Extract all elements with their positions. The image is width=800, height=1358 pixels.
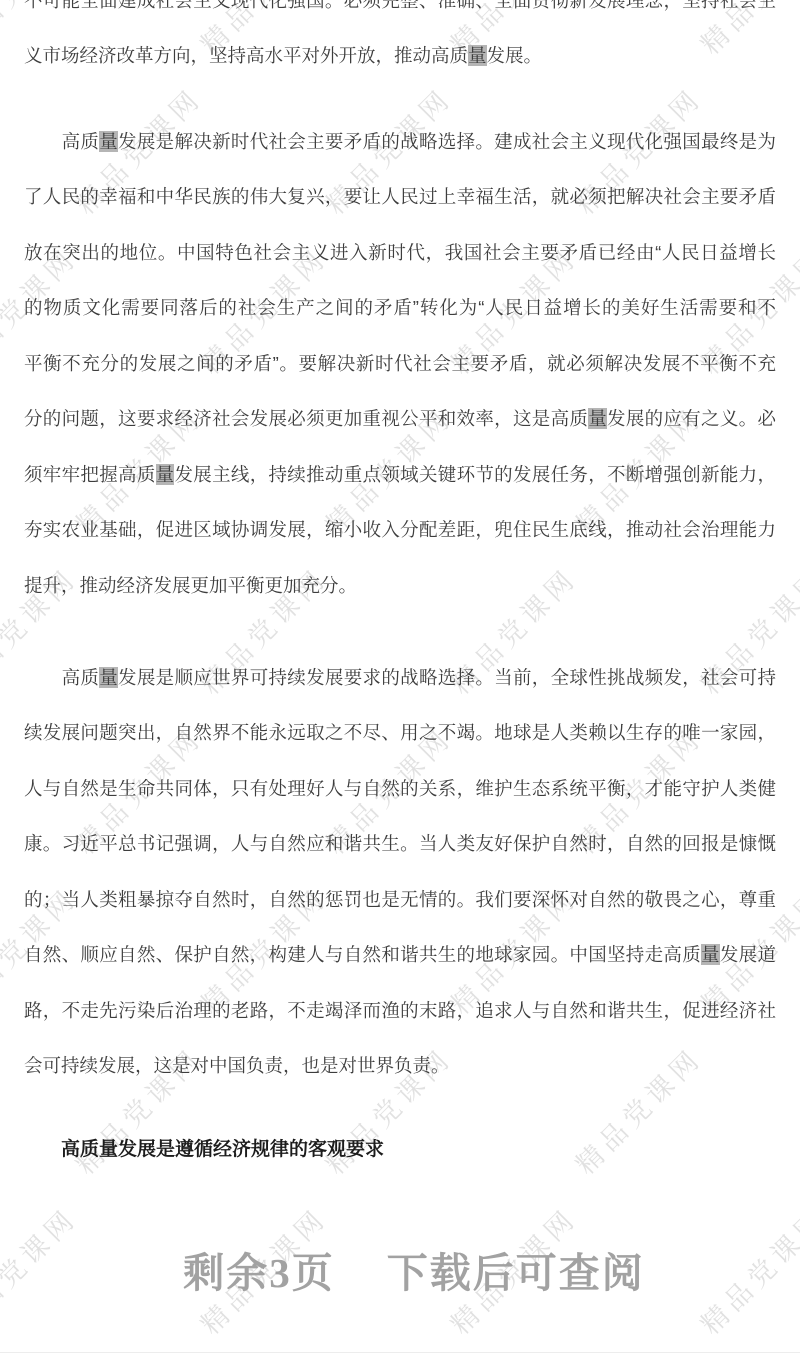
text-line: 提升，推动经济发展更加平衡更加充分。 [24, 558, 776, 614]
text-line: 路，不走先污染后治理的老路，不走竭泽而渔的末路，追求人与自然和谐共生，促进经济社 [24, 983, 776, 1039]
text-line: 须牢牢把握高质量发展主线，持续推动重点领域关键环节的发展任务，不断增强创新能力， [24, 447, 776, 503]
text-line: 人与自然是生命共同体，只有处理好人与自然的关系，维护生态系统平衡，才能守护人类健 [24, 761, 776, 817]
document-body: 不可能全面建成社会主义现代化强国。必须完整、准确、全面贯彻新发展理念，坚持社会主… [24, 0, 776, 1094]
highlighted-char: 量 [701, 944, 720, 965]
text-line: 高质量发展是顺应世界可持续发展要求的战略选择。当前，全球性挑战频发，社会可持 [24, 650, 776, 706]
preview-footer: 剩余3页下载后可查阅 [14, 1251, 800, 1296]
text-line: 会可持续发展，这是对中国负责，也是对世界负责。 [24, 1038, 776, 1094]
text-line: 康。习近平总书记强调，人与自然应和谐共生。当人类友好保护自然时，自然的回报是慷慨 [24, 816, 776, 872]
highlighted-char: 量 [588, 408, 607, 429]
text-line: 了人民的幸福和中华民族的伟大复兴，要让人民过上幸福生活，就必须把解决社会主要矛盾 [24, 169, 776, 225]
download-hint-label: 下载后可查阅 [387, 1250, 645, 1296]
text-line: 的物质文化需要同落后的社会生产之间的矛盾”转化为“人民日益增长的美好生活需要和不 [24, 280, 776, 336]
text-line: 自然、顺应自然、保护自然，构建人与自然和谐共生的地球家园。中国坚持走高质量发展道 [24, 927, 776, 983]
text-line: 续发展问题突出，自然界不能永远取之不尽、用之不竭。地球是人类赖以生存的唯一家园， [24, 705, 776, 761]
document-content: 不可能全面建成社会主义现代化强国。必须完整、准确、全面贯彻新发展理念，坚持社会主… [24, 0, 776, 1177]
section-heading: 高质量发展是遵循经济规律的客观要求 [24, 1122, 776, 1178]
paragraph: 高质量发展是顺应世界可持续发展要求的战略选择。当前，全球性挑战频发，社会可持续发… [24, 650, 776, 1094]
highlighted-char: 量 [468, 45, 487, 66]
text-line: 义市场经济改革方向，坚持高水平对外开放，推动高质量发展。 [24, 28, 776, 84]
text-line: 分的问题，这要求经济社会发展必须更加重视公平和效率，这是高质量发展的应有之义。必 [24, 391, 776, 447]
paragraph: 高质量发展是解决新时代社会主要矛盾的战略选择。建成社会主义现代化强国最终是为了人… [24, 114, 776, 614]
text-line: 的；当人类粗暴掠夺自然时，自然的惩罚也是无情的。我们要深怀对自然的敬畏之心，尊重 [24, 872, 776, 928]
remaining-pages-label: 剩余3页 [183, 1250, 335, 1296]
paragraph: 不可能全面建成社会主义现代化强国。必须完整、准确、全面贯彻新发展理念，坚持社会主… [24, 0, 776, 84]
text-line: 夯实农业基础，促进区域协调发展，缩小收入分配差距，兜住民生底线，推动社会治理能力 [24, 502, 776, 558]
text-line: 高质量发展是解决新时代社会主要矛盾的战略选择。建成社会主义现代化强国最终是为 [24, 114, 776, 170]
text-line: 放在突出的地位。中国特色社会主义进入新时代，我国社会主要矛盾已经由“人民日益增长 [24, 225, 776, 281]
text-line: 平衡不充分的发展之间的矛盾”。要解决新时代社会主要矛盾，就必须解决发展不平衡不充 [24, 336, 776, 392]
bottom-divider [0, 1352, 800, 1353]
document-page: 精品党课网精品党课网精品党课网精品党课网精品党课网精品党课网精品党课网精品党课网… [0, 0, 800, 1358]
highlighted-char: 量 [99, 667, 118, 688]
highlighted-char: 量 [156, 464, 175, 485]
text-line: 不可能全面建成社会主义现代化强国。必须完整、准确、全面贯彻新发展理念，坚持社会主 [24, 0, 776, 28]
highlighted-char: 量 [99, 131, 118, 152]
